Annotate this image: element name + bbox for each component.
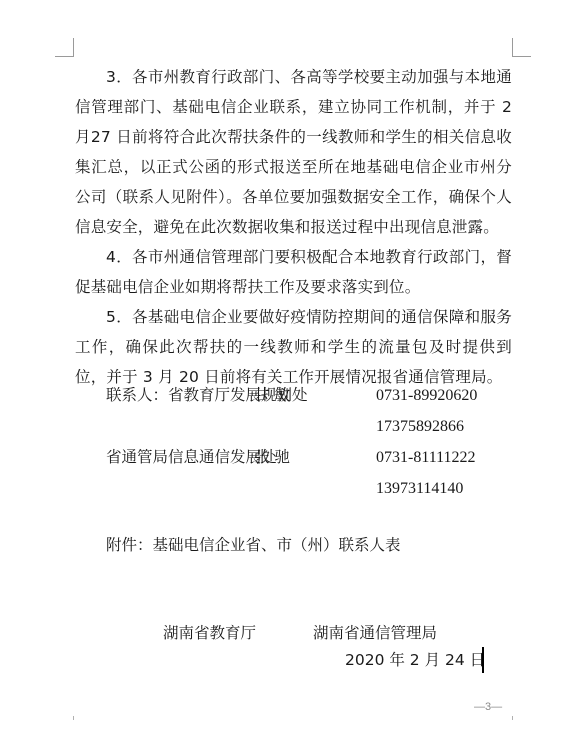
contact-org: 省通管局信息通信发展处 (106, 442, 277, 473)
contact-phone: 17375892866 (376, 411, 464, 442)
line: 5．各基础电信企业要做好疫情防控期间的通信保障和服务 (106, 308, 512, 326)
bottom-left-margin-mark (73, 716, 74, 720)
attachment-note: 附件：基础电信企业省、市（州）联系人表 (106, 530, 401, 560)
contact-name: 甘敏 (254, 380, 295, 411)
top-right-margin-mark (512, 38, 531, 57)
signer-communications-admin: 湖南省通信管理局 (313, 618, 437, 648)
signer-education-dept: 湖南省教育厅 (163, 618, 256, 648)
line: 安全，避免在此次数据收集和报送过程中出现信息泄露。 (106, 218, 499, 236)
text-cursor (482, 647, 484, 673)
page-number: —3— (474, 700, 502, 714)
body-text[interactable]: 3．各市州教育行政部门、各高等学校要主动加强与本地通信管理部门、基础电信企业联系… (75, 62, 512, 392)
contact-phone: 0731-89920620 (376, 380, 477, 411)
top-left-margin-mark (55, 38, 74, 57)
contact-phone: 0731-81111222 (376, 442, 476, 473)
paragraph-item-5[interactable]: 5．各基础电信企业要做好疫情防控期间的通信保障和服务工作，确保此次帮扶的一线教师… (75, 302, 512, 392)
paragraph-item-3[interactable]: 3．各市州教育行政部门、各高等学校要主动加强与本地通信管理部门、基础电信企业联系… (75, 62, 512, 242)
line: 3．各市州教育行政部门、各高等学校要主动加强与本地通 (106, 68, 512, 86)
contact-phone: 13973114140 (376, 473, 463, 504)
document-page: 3．各市州教育行政部门、各高等学校要主动加强与本地通信管理部门、基础电信企业联系… (0, 0, 586, 751)
paragraph-item-4[interactable]: 4．各市州通信管理部门要积极配合本地教育行政部门，督促基础电信企业如期将帮扶工作… (75, 242, 512, 302)
line: 促基础电信企业如期将帮扶工作及要求落实到位。 (75, 278, 420, 296)
contact-name: 张驰 (254, 442, 295, 473)
document-date: 2020 年 2 月 24 日 (345, 645, 485, 675)
bottom-right-margin-mark (512, 716, 513, 720)
line: 4．各市州通信管理部门要积极配合本地教育行政部门，督 (106, 248, 512, 266)
